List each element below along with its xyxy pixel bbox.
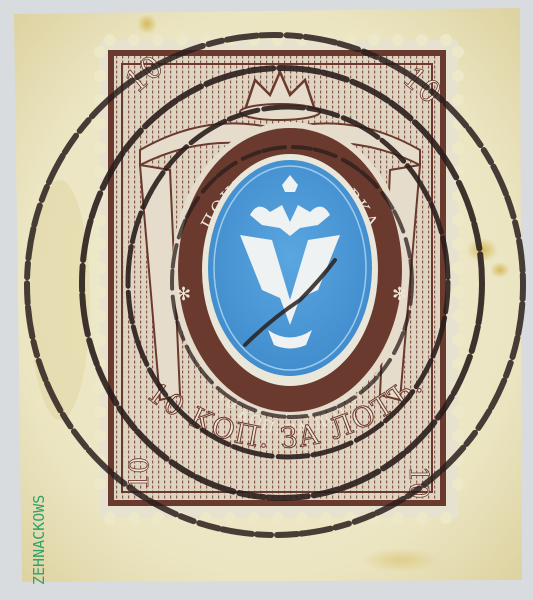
expertizer-mark: ZEHNACKOWS — [30, 495, 48, 585]
stamp-photo-canvas: 10 10 10 10 ПОЧТОВАЯ МАРКА 10 КОП. ЗА ЛО… — [0, 0, 533, 600]
stamp-photo: 10 10 10 10 ПОЧТОВАЯ МАРКА 10 КОП. ЗА ЛО… — [0, 0, 533, 600]
rosette-left: ✻ — [176, 284, 191, 305]
rosette-right: ✻ — [392, 284, 407, 305]
